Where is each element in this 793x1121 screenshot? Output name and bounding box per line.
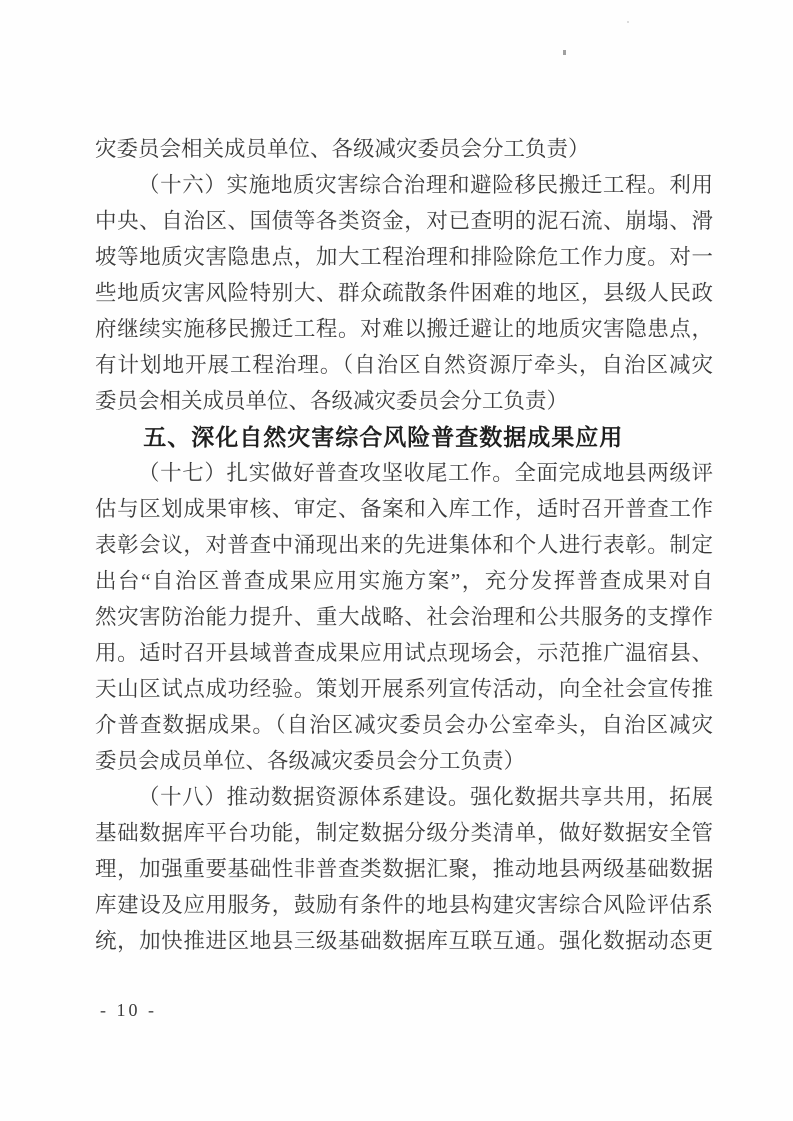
scan-speck — [627, 21, 629, 23]
document-line: 府继续实施移民搬迁工程。对难以搬迁避让的地质灾害隐患点， — [95, 311, 713, 347]
document-line: 表彰会议，对普查中涌现出来的先进集体和个人进行表彰。制定 — [95, 527, 713, 563]
document-line: 统，加快推进区地县三级基础数据库互联互通。强化数据动态更 — [95, 923, 713, 959]
page-number: - 10 - — [100, 1000, 157, 1021]
document-line: 委员会相关成员单位、各级减灾委员会分工负责） — [95, 383, 713, 419]
document-line: （十六）实施地质灾害综合治理和避险移民搬迁工程。利用 — [95, 167, 713, 203]
document-body: 灾委员会相关成员单位、各级减灾委员会分工负责） （十六）实施地质灾害综合治理和避… — [95, 131, 713, 959]
document-line: 基础数据库平台功能，制定数据分级分类清单，做好数据安全管 — [95, 815, 713, 851]
document-line: 天山区试点成功经验。策划开展系列宣传活动，向全社会宣传推 — [95, 671, 713, 707]
scan-speck — [563, 50, 566, 55]
document-line: 理，加强重要基础性非普查类数据汇聚，推动地县两级基础数据 — [95, 851, 713, 887]
document-line: 委员会成员单位、各级减灾委员会分工负责） — [95, 743, 713, 779]
document-line: 中央、自治区、国债等各类资金，对已查明的泥石流、崩塌、滑 — [95, 203, 713, 239]
document-line: 有计划地开展工程治理。（自治区自然资源厅牵头，自治区减灾 — [95, 347, 713, 383]
document-line: 坡等地质灾害隐患点，加大工程治理和排险除危工作力度。对一 — [95, 239, 713, 275]
document-line: （十八）推动数据资源体系建设。强化数据共享共用，拓展 — [95, 779, 713, 815]
document-line: 库建设及应用服务，鼓励有条件的地县构建灾害综合风险评估系 — [95, 887, 713, 923]
document-line: 估与区划成果审核、审定、备案和入库工作，适时召开普查工作 — [95, 491, 713, 527]
document-line: 灾委员会相关成员单位、各级减灾委员会分工负责） — [95, 131, 713, 167]
section-heading: 五、深化自然灾害综合风险普查数据成果应用 — [95, 419, 713, 455]
document-line: 出台“自治区普查成果应用实施方案”，充分发挥普查成果对自 — [95, 563, 713, 599]
document-line: 些地质灾害风险特别大、群众疏散条件困难的地区，县级人民政 — [95, 275, 713, 311]
document-line: （十七）扎实做好普查攻坚收尾工作。全面完成地县两级评 — [95, 455, 713, 491]
document-line: 介普查数据成果。（自治区减灾委员会办公室牵头，自治区减灾 — [95, 707, 713, 743]
document-page: 灾委员会相关成员单位、各级减灾委员会分工负责） （十六）实施地质灾害综合治理和避… — [0, 0, 793, 1121]
document-line: 用。适时召开县域普查成果应用试点现场会，示范推广温宿县、 — [95, 635, 713, 671]
document-line: 然灾害防治能力提升、重大战略、社会治理和公共服务的支撑作 — [95, 599, 713, 635]
